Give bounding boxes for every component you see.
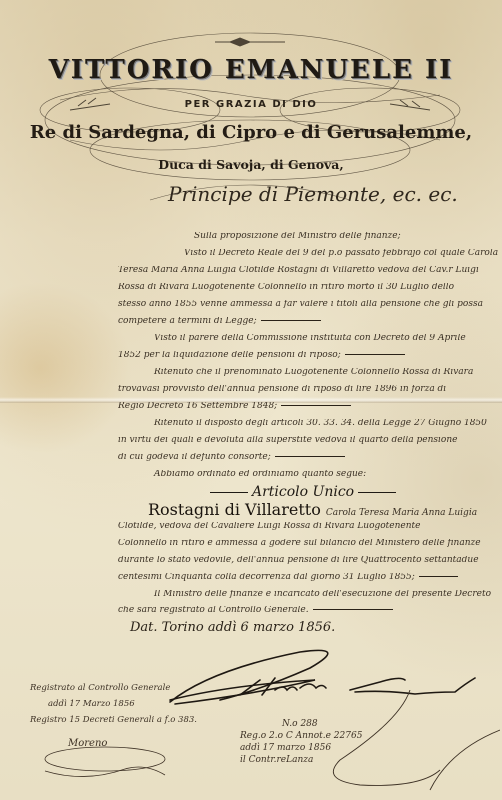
beneficiary-name: Rostagni di Villaretto — [148, 500, 321, 519]
controller-flourish-icon — [300, 690, 500, 800]
body-line: Visto il parere della Commissione instit… — [130, 334, 502, 343]
body-line: Abbiamo ordinato ed ordiniamo quanto seg… — [130, 470, 494, 479]
line-filler-rule — [275, 456, 345, 457]
registration-note-left: Registrato al Controllo Generale addì 17… — [30, 680, 190, 753]
line-filler-rule — [419, 576, 458, 577]
line-filler-rule — [345, 354, 405, 355]
document-title: VITTORIO EMANUELE II — [0, 55, 502, 85]
registration-line: addì 17 Marzo 1856 — [30, 696, 190, 712]
body-line: Teresa Maria Anna Luigia Clotilde Rostag… — [118, 266, 498, 275]
line-filler-rule — [261, 320, 321, 321]
article-line: centesimi Cinquanta colla decorrenza dal… — [118, 573, 458, 582]
body-line: Ritenuto che il prenominato Luogotenente… — [130, 368, 502, 377]
king-titles: Re di Sardegna, di Cipro e di Gerusalemm… — [0, 122, 502, 143]
article-heading-text: Articolo Unico — [252, 484, 354, 500]
body-line-text: competere a termini di Legge; — [118, 317, 257, 326]
line-filler-rule — [281, 405, 351, 406]
body-line: Visto il Decreto Reale del 9 del p.o pas… — [160, 249, 502, 258]
body-line: in virtù dei quali è devoluta alla super… — [118, 436, 498, 445]
body-line-text: Regio Decreto 16 Settembre 1848; — [118, 402, 277, 411]
body-line: Regio Decreto 16 Settembre 1848; — [118, 402, 458, 411]
body-line: competere a termini di Legge; — [118, 317, 458, 326]
article-line-text: che sarà registrato al Controllo General… — [118, 606, 309, 615]
article-line: che sarà registrato al Controllo General… — [118, 606, 458, 615]
body-line: trovavasi provvisto dell'annua pensione … — [118, 385, 498, 394]
registration-line: Registro 15 Decreti Generali a f.o 383. — [30, 712, 190, 728]
line-filler-rule — [313, 609, 393, 610]
article-line: durante lo stato vedovile, dell'annua pe… — [118, 556, 498, 565]
prince-titles: Principe di Piemonte, ec. ec. — [168, 182, 458, 206]
body-line: Ritenuto il disposto degli articoli 30. … — [130, 419, 502, 428]
body-line: Rossa di Rivara Luogotenente Colonnello … — [118, 283, 498, 292]
body-line: di cui godeva il defunto consorte; — [118, 453, 458, 462]
body-line: 1852 per la liquidazione delle pensioni … — [118, 351, 458, 360]
article-heading: Articolo Unico — [206, 484, 400, 500]
article-line-text: centesimi Cinquanta colla decorrenza dal… — [118, 573, 415, 582]
article-line: Colonnello in ritiro è ammessa a godere … — [118, 539, 498, 548]
heading-rule-left — [210, 492, 248, 493]
article-line: Clotilde, vedova del Cavaliere Luigi Ros… — [118, 522, 498, 531]
beneficiary-line: Rostagni di Villaretto Carola Teresa Mar… — [148, 500, 493, 519]
controller-title: il Contr.re — [240, 755, 286, 765]
registration-line: Registrato al Controllo Generale — [30, 680, 190, 696]
article-line: Il Ministro delle finanze è incaricato d… — [130, 590, 502, 599]
body-line: Sulla proposizione del Ministro delle fi… — [170, 232, 502, 241]
body-line-text: 1852 per la liquidazione delle pensioni … — [118, 351, 341, 360]
beneficiary-given-names: Carola Teresa Maria Anna Luigia — [326, 508, 477, 518]
body-line-text: di cui godeva il defunto consorte; — [118, 453, 271, 462]
by-grace-subtitle: PER GRAZIA DI DIO — [0, 99, 502, 110]
body-line: stesso anno 1855 venne ammessa a far val… — [118, 300, 498, 309]
registrar-flourish-icon — [35, 745, 175, 785]
date-place-line: Dat. Torino addì 6 marzo 1856. — [130, 620, 335, 635]
duke-titles: Duca di Savoja, di Genova, — [0, 157, 502, 172]
heading-rule-right — [358, 492, 396, 493]
